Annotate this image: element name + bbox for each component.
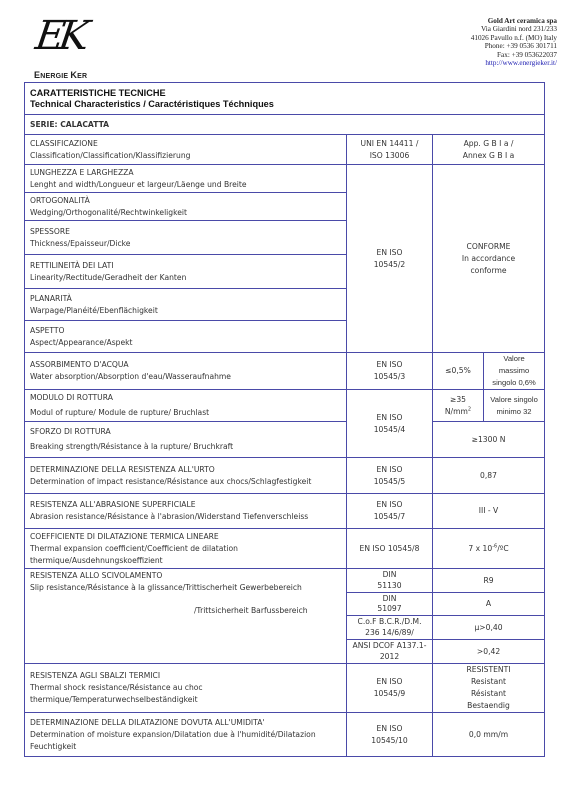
- company-address-line2: 41026 Pavullo n.f. (MO) Italy: [471, 34, 557, 42]
- table-row: COEFFICIENTE DI DILATAZIONE TERMICA LINE…: [25, 529, 545, 569]
- table-row: MODULO DI ROTTURAModul of rupture/ Modul…: [25, 390, 545, 422]
- serie-label: SERIE: CALACATTA: [25, 115, 545, 135]
- serie-row: SERIE: CALACATTA: [25, 115, 545, 135]
- company-address-block: Gold Art ceramica spa Via Giardini nord …: [471, 17, 557, 67]
- table-row: RESISTENZA ALLO SCIVOLAMENTOSlip resista…: [25, 569, 545, 593]
- table-title: CARATTERISTICHE TECNICHE Technical Chara…: [25, 83, 545, 115]
- table-title-row: CARATTERISTICHE TECNICHE Technical Chara…: [25, 83, 545, 115]
- company-website-link[interactable]: http://www.energieker.it/: [471, 59, 557, 67]
- logo-monogram: EK: [33, 14, 86, 58]
- company-address-line1: Via Giardini nord 231/233: [471, 25, 557, 33]
- table-row: CLASSIFICAZIONEClassification/Classifica…: [25, 135, 545, 165]
- technical-characteristics-table: CARATTERISTICHE TECNICHE Technical Chara…: [24, 82, 545, 757]
- energieker-logo: EK ENERGIE KER: [30, 14, 100, 82]
- company-phone: Phone: +39 0536 301711: [471, 42, 557, 50]
- table-row: ASSORBIMENTO D'ACQUAWater absorption/Abs…: [25, 353, 545, 390]
- table-row: LUNGHEZZA E LARGHEZZALenght and width/Lo…: [25, 165, 545, 193]
- table-row: DETERMINAZIONE DELLA DILATAZIONE DOVUTA …: [25, 713, 545, 757]
- table-row: DETERMINAZIONE DELLA RESISTENZA ALL'URTO…: [25, 458, 545, 494]
- company-name: Gold Art ceramica spa: [471, 17, 557, 25]
- company-fax: Fax: +39 053622037: [471, 51, 557, 59]
- logo-wordmark: ENERGIE KER: [34, 70, 87, 80]
- table-row: RESISTENZA AGLI SBALZI TERMICIThermal sh…: [25, 664, 545, 713]
- table-row: SFORZO DI ROTTURABreaking strength/Résis…: [25, 422, 545, 458]
- table-row: RESISTENZA ALL'ABRASIONE SUPERFICIALEAbr…: [25, 494, 545, 529]
